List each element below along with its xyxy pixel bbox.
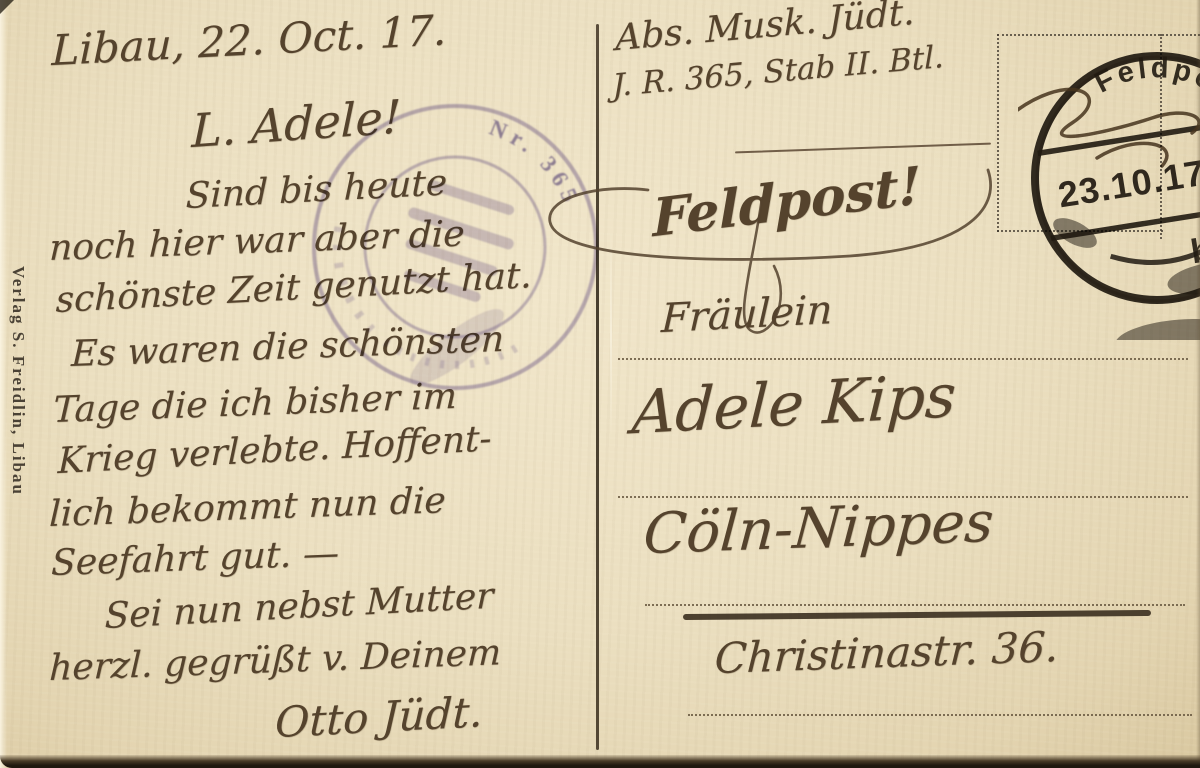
- message-closing: herzl. gegrüßt v. Deinem: [49, 632, 502, 689]
- scan-edge-left: [0, 0, 7, 768]
- postmark-arc-text: Feldpost: [1090, 52, 1200, 119]
- scan-corner-chip: [0, 0, 14, 14]
- address-line-2: Adele Kips: [630, 361, 957, 448]
- address-rule-1: [618, 358, 1188, 360]
- address-rule-3: [645, 604, 1185, 606]
- message-line: Seefahrt gut. —: [51, 533, 340, 584]
- postcard-back: Verlag S. Freidlin, Libau Libau, 22. Oct…: [0, 0, 1200, 768]
- message-line: lich bekommt nun die: [49, 480, 447, 535]
- address-line-3: Cöln-Nippes: [641, 490, 995, 567]
- address-rule-4: [688, 714, 1192, 716]
- address-underline-solid: [683, 610, 1151, 620]
- svg-text:Feldpost: Feldpost: [1090, 52, 1200, 119]
- postmark-date: 23.10.17 9: [1055, 147, 1200, 216]
- scan-edge-right: [1196, 0, 1200, 768]
- stamp-box-top: [997, 34, 1200, 36]
- scan-edge-bottom: [0, 755, 1200, 768]
- feldpost-flourish: [530, 150, 1010, 350]
- postmark: Feldpost 23.10.17 9 b: [1018, 40, 1200, 340]
- message-date: Libau, 22. Oct. 17.: [51, 5, 447, 75]
- message-closing: Sei nun nebst Mutter: [104, 576, 494, 637]
- publisher-imprint: Verlag S. Freidlin, Libau: [8, 266, 28, 496]
- address-line-4: Christinastr. 36.: [713, 622, 1059, 683]
- message-signature: Otto Jüdt.: [274, 687, 483, 747]
